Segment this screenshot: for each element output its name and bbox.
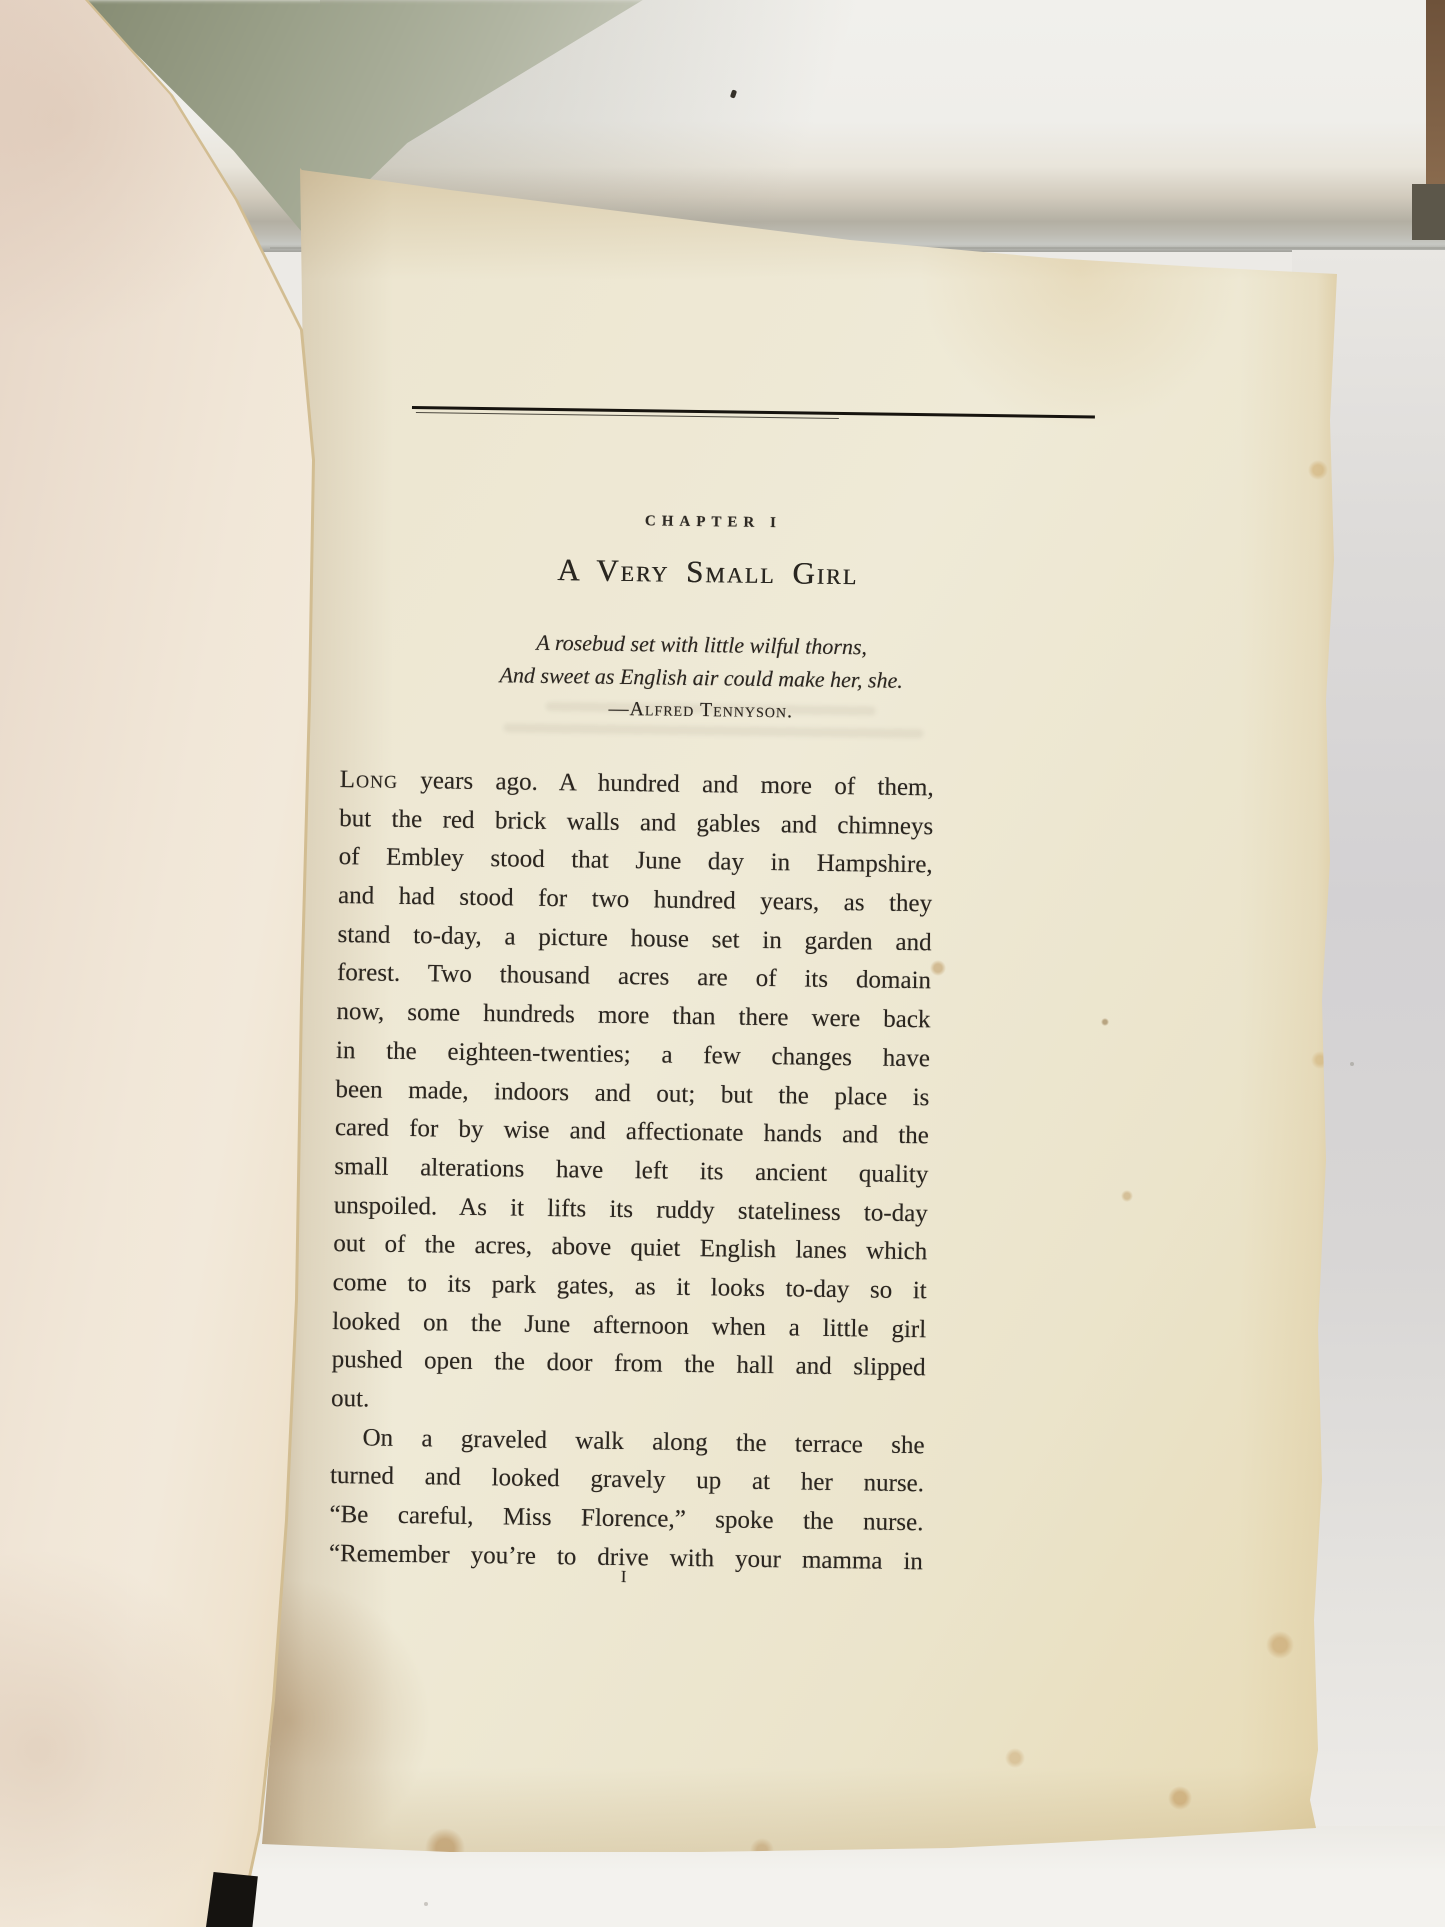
- book-cover-corner: [206, 1872, 260, 1927]
- chapter-head-rule: [412, 406, 1095, 419]
- paragraph: On a graveled walk along the terrace she…: [329, 1419, 925, 1582]
- lead-word: Long: [340, 766, 399, 794]
- page-content: CHAPTER I A Very Small Girl A rosebud se…: [230, 158, 1354, 1883]
- photo-scene: CHAPTER I A Very Small Girl A rosebud se…: [0, 0, 1445, 1927]
- book-page: CHAPTER I A Very Small Girl A rosebud se…: [250, 160, 1350, 1870]
- body-line: pushed open the door from the hall and s…: [331, 1341, 925, 1388]
- body-line-text: years ago. A hundred and more of them,: [398, 767, 934, 801]
- paragraph: Long years ago. A hundred and more of th…: [331, 761, 934, 1427]
- page-number: I: [594, 1567, 654, 1588]
- paragraph-lines: but the red brick walls and gables and c…: [331, 800, 934, 1427]
- surface-speck: [424, 1902, 428, 1906]
- paragraph-lines: On a graveled walk along the terrace she…: [329, 1419, 925, 1582]
- corner-sliver: [1426, 0, 1445, 190]
- epigraph: A rosebud set with little wilful thorns,…: [421, 624, 982, 731]
- body-text: Long years ago. A hundred and more of th…: [329, 761, 934, 1582]
- chapter-title: A Very Small Girl: [457, 551, 957, 594]
- surface-speck: [1350, 1062, 1354, 1066]
- chapter-heading: CHAPTER I: [563, 512, 863, 533]
- shadow-gap: [1412, 184, 1445, 240]
